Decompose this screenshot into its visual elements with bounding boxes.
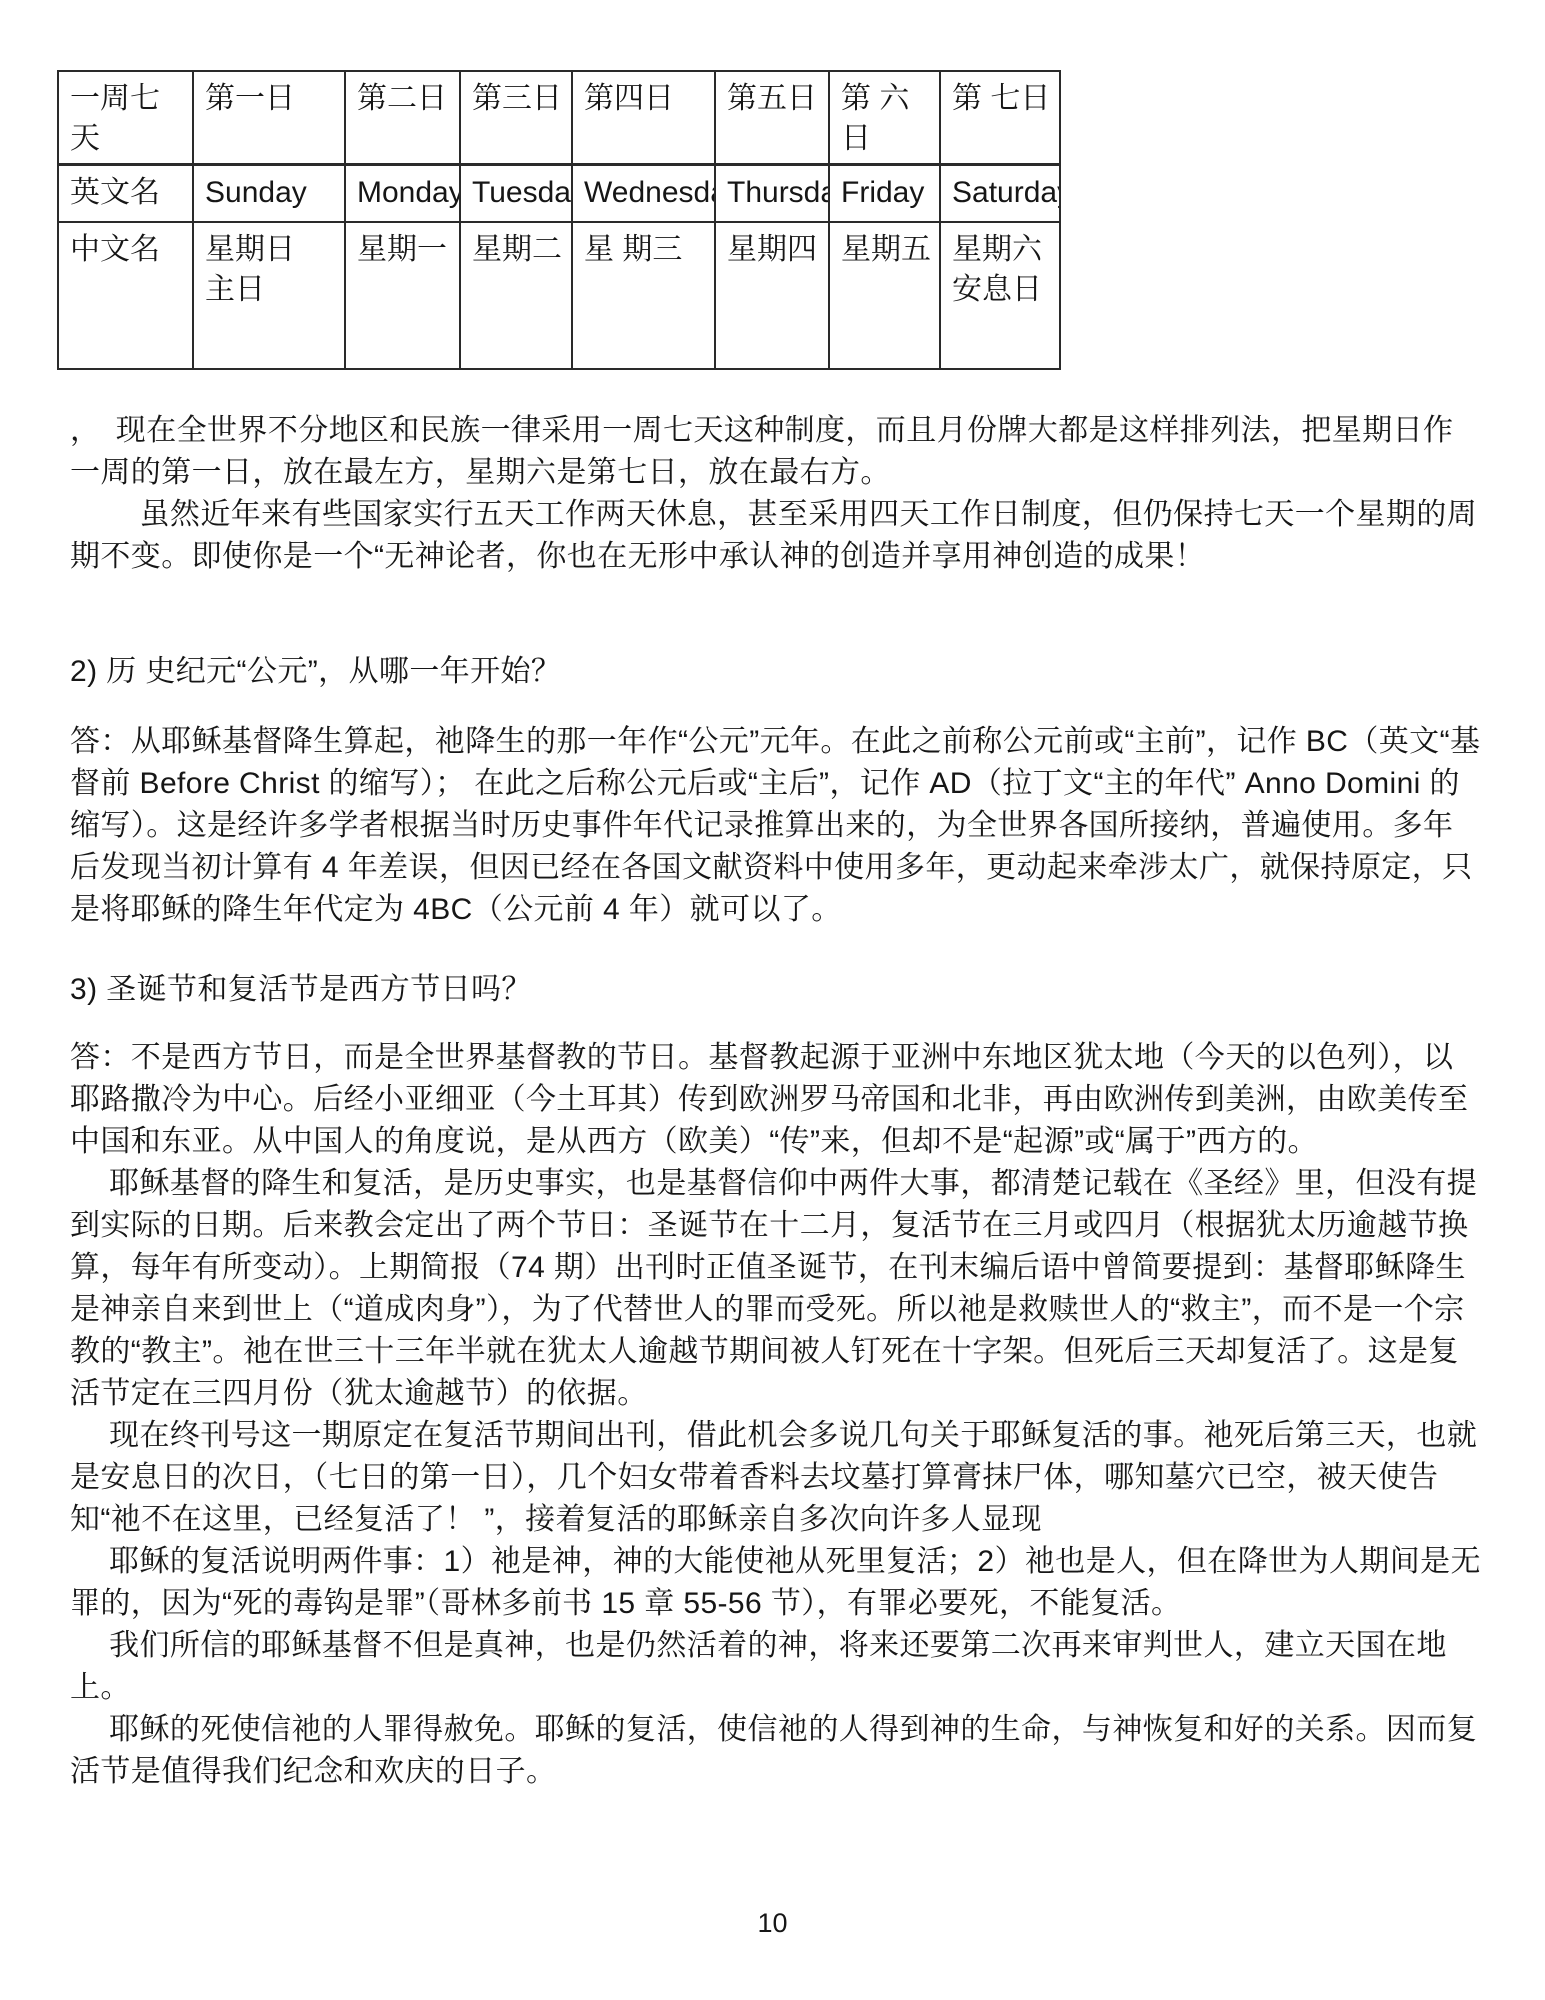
answer-3-paragraph-1: 答：不是西方节日，而是全世界基督教的节日。基督教起源于亚洲中东地区犹太地（今天的… — [70, 1037, 1483, 1163]
document-page: 一周七天 第一日 第二日 第三日 第四日 第五日 第 六日 第 七日 英文名 S… — [0, 0, 1545, 2000]
table-row-chinese-names: 中文名 星期日 主日 星期一 星期二 星 期三 星期四 星期五 星期六 安息日 — [58, 222, 1060, 369]
table-cell: 第 七日 — [940, 71, 1060, 165]
answer-2-paragraph: 答：从耶稣基督降生算起，祂降生的那一年作“公元”元年。在此之前称公元前或“主前”… — [70, 721, 1483, 931]
intro-paragraph-2: 虽然近年来有些国家实行五天工作两天休息，甚至采用四天工作日制度，但仍保持七天一个… — [70, 494, 1483, 578]
table-cell: Tuesday — [460, 165, 572, 223]
answer-3-paragraph-2: 耶稣基督的降生和复活，是历史事实，也是基督信仰中两件大事，都清楚记载在《圣经》里… — [70, 1163, 1483, 1415]
question-2-title: 2) 历 史纪元“公元”，从哪一年开始？ — [70, 651, 1483, 693]
table-cell: Saturday — [940, 165, 1060, 223]
answer-3-paragraph-3: 现在终刊号这一期原定在复活节期间出刊，借此机会多说几句关于耶稣复活的事。祂死后第… — [70, 1415, 1483, 1541]
table-cell: Thursday — [715, 165, 829, 223]
table-cell: 一周七天 — [58, 71, 193, 165]
week-days-table-wrap: 一周七天 第一日 第二日 第三日 第四日 第五日 第 六日 第 七日 英文名 S… — [57, 70, 1545, 370]
table-cell: 第三日 — [460, 71, 572, 165]
table-cell: 英文名 — [58, 165, 193, 223]
question-3-answer: 答：不是西方节日，而是全世界基督教的节日。基督教起源于亚洲中东地区犹太地（今天的… — [70, 1037, 1483, 1793]
page-number: 10 — [0, 1908, 1545, 1939]
table-cell: 星期一 — [345, 222, 460, 369]
week-days-table: 一周七天 第一日 第二日 第三日 第四日 第五日 第 六日 第 七日 英文名 S… — [57, 70, 1061, 370]
question-3-heading: 3) 圣诞节和复活节是西方节日吗？ — [70, 969, 1483, 1011]
table-cell: Monday — [345, 165, 460, 223]
table-cell: 第四日 — [572, 71, 715, 165]
answer-3-paragraph-4: 耶稣的复活说明两件事：1）祂是神，神的大能使祂从死里复活；2）祂也是人，但在降世… — [70, 1541, 1483, 1625]
table-cell: Sunday — [193, 165, 345, 223]
table-cell: 第一日 — [193, 71, 345, 165]
answer-3-paragraph-5: 我们所信的耶稣基督不但是真神，也是仍然活着的神，将来还要第二次再来审判世人，建立… — [70, 1625, 1483, 1709]
table-cell: 星 期三 — [572, 222, 715, 369]
table-cell: 星期五 — [829, 222, 940, 369]
table-cell: Wednesday — [572, 165, 715, 223]
question-3-title: 3) 圣诞节和复活节是西方节日吗？ — [70, 969, 1483, 1011]
table-cell: 第二日 — [345, 71, 460, 165]
table-cell: 星期二 — [460, 222, 572, 369]
table-cell: Friday — [829, 165, 940, 223]
table-cell: 星期日 主日 — [193, 222, 345, 369]
table-row-english-names: 英文名 Sunday Monday Tuesday Wednesday Thur… — [58, 165, 1060, 223]
intro-section: ， 现在全世界不分地区和民族一律采用一周七天这种制度，而且月份牌大都是这样排列法… — [70, 410, 1483, 578]
table-cell: 星期四 — [715, 222, 829, 369]
intro-paragraph-1: ， 现在全世界不分地区和民族一律采用一周七天这种制度，而且月份牌大都是这样排列法… — [70, 410, 1483, 494]
question-2-answer: 答：从耶稣基督降生算起，祂降生的那一年作“公元”元年。在此之前称公元前或“主前”… — [70, 721, 1483, 931]
table-cell: 星期六 安息日 — [940, 222, 1060, 369]
table-cell: 中文名 — [58, 222, 193, 369]
table-row-days: 一周七天 第一日 第二日 第三日 第四日 第五日 第 六日 第 七日 — [58, 71, 1060, 165]
table-cell: 第 六日 — [829, 71, 940, 165]
answer-3-paragraph-6: 耶稣的死使信祂的人罪得赦免。耶稣的复活，使信祂的人得到神的生命，与神恢复和好的关… — [70, 1709, 1483, 1793]
question-2-heading: 2) 历 史纪元“公元”，从哪一年开始？ — [70, 651, 1483, 693]
table-cell: 第五日 — [715, 71, 829, 165]
